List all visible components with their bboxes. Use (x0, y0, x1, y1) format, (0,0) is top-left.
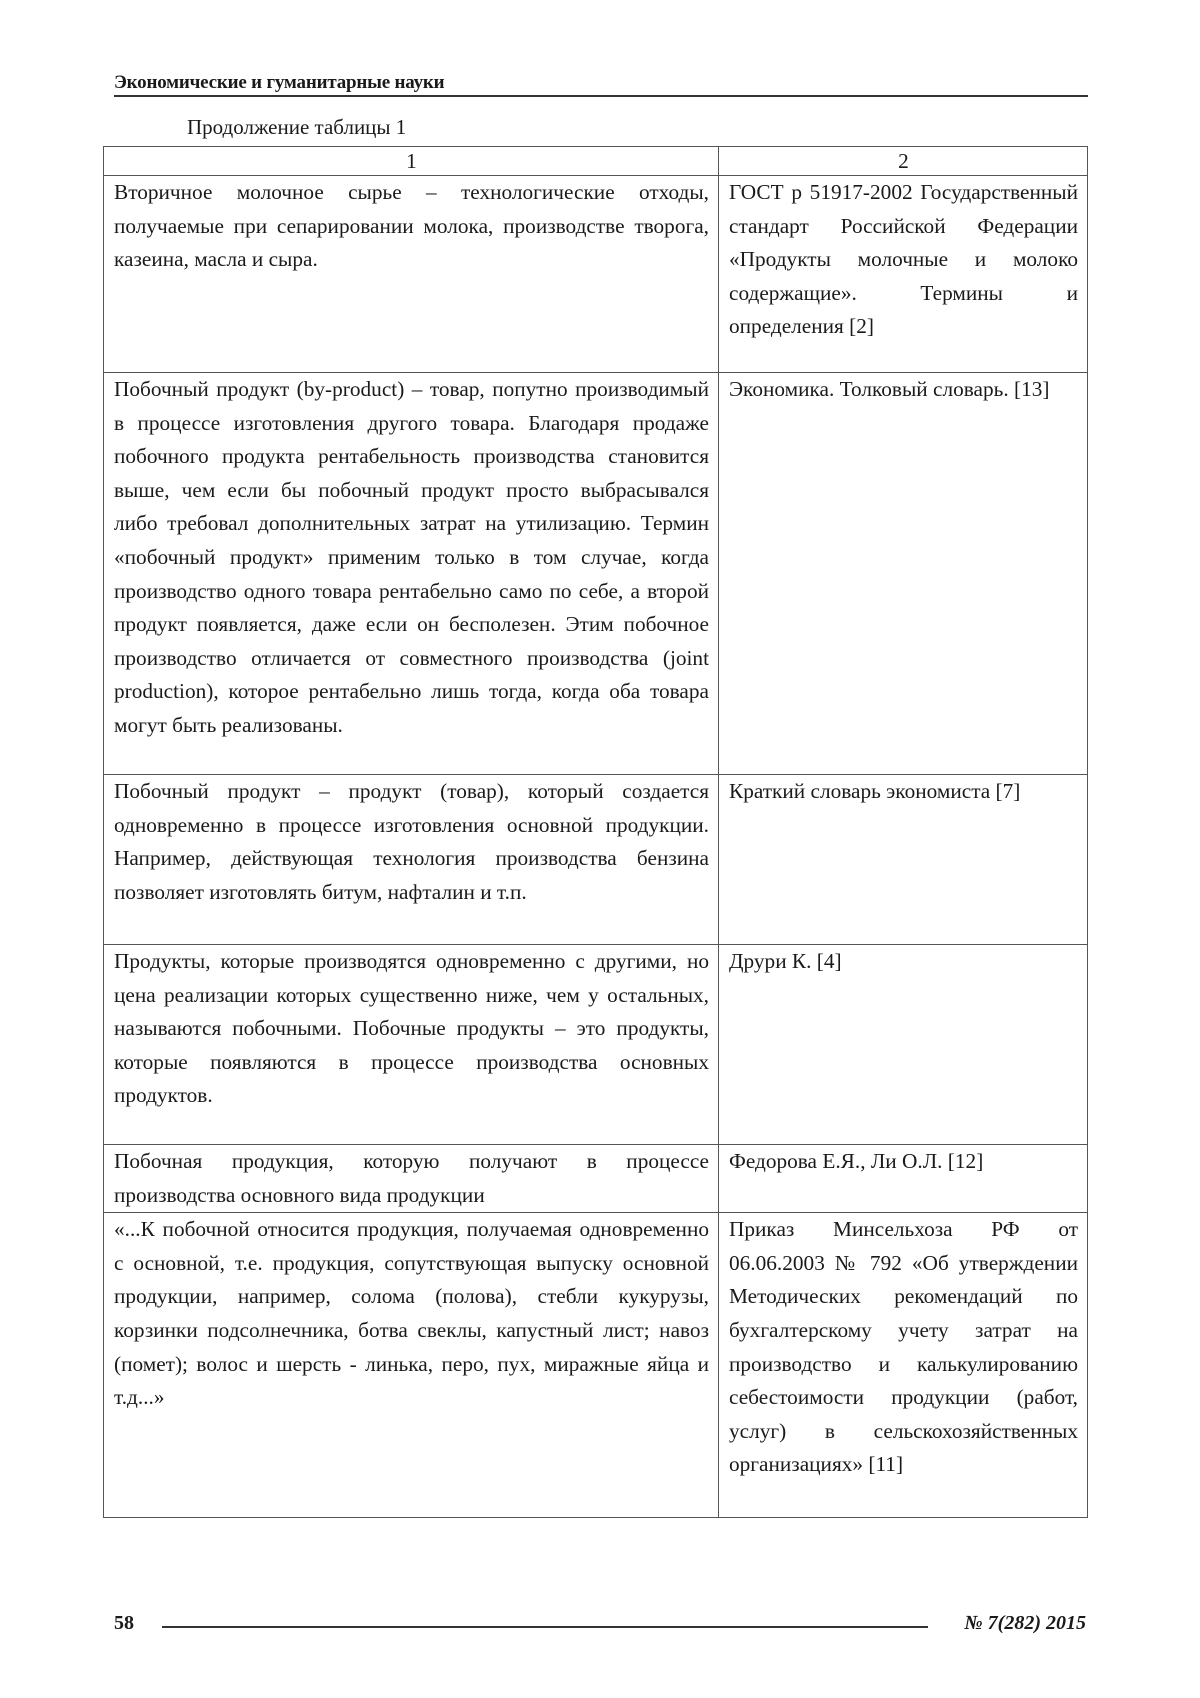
source-cell: Экономика. Толковый словарь. [13] (719, 373, 1088, 775)
source-cell: Друри К. [4] (719, 945, 1088, 1145)
definition-cell: «...К побочной относится продукция, полу… (104, 1213, 719, 1518)
definition-cell: Побочный продукт – продукт (товар), кото… (104, 775, 719, 945)
issue-number: № 7(282) 2015 (964, 1612, 1086, 1635)
table-row: «...К побочной относится продукция, полу… (104, 1213, 1088, 1518)
table-row: Продукты, которые производятся одновреме… (104, 945, 1088, 1145)
running-head-title: Экономические и гуманитарные науки (114, 72, 1088, 97)
footer-divider (162, 1626, 928, 1628)
definition-cell: Побочная продукция, которую получают в п… (104, 1145, 719, 1213)
source-cell: Федорова Е.Я., Ли О.Л. [12] (719, 1145, 1088, 1213)
source-cell: ГОСТ р 51917-2002 Государственный станда… (719, 176, 1088, 373)
definition-cell: Побочный продукт (by-product) – товар, п… (104, 373, 719, 775)
table-row: Побочный продукт (by-product) – товар, п… (104, 373, 1088, 775)
page-number: 58 (114, 1612, 134, 1635)
table-row: Побочный продукт – продукт (товар), кото… (104, 775, 1088, 945)
column-header-1: 1 (104, 147, 719, 176)
source-cell: Приказ Минсельхоза РФ от 06.06.2003 № 79… (719, 1213, 1088, 1518)
table-caption: Продолжение таблицы 1 (187, 114, 406, 140)
source-cell: Краткий словарь экономиста [7] (719, 775, 1088, 945)
page-footer: 58 № 7(282) 2015 (114, 1612, 1086, 1638)
table-header-row: 1 2 (104, 147, 1088, 176)
definition-cell: Продукты, которые производятся одновреме… (104, 945, 719, 1145)
column-header-2: 2 (719, 147, 1088, 176)
table-row: Вторичное молочное сырье – технологическ… (104, 176, 1088, 373)
definitions-table: 1 2 Вторичное молочное сырье – технологи… (103, 146, 1088, 1518)
table-row: Побочная продукция, которую получают в п… (104, 1145, 1088, 1213)
definition-cell: Вторичное молочное сырье – технологическ… (104, 176, 719, 373)
